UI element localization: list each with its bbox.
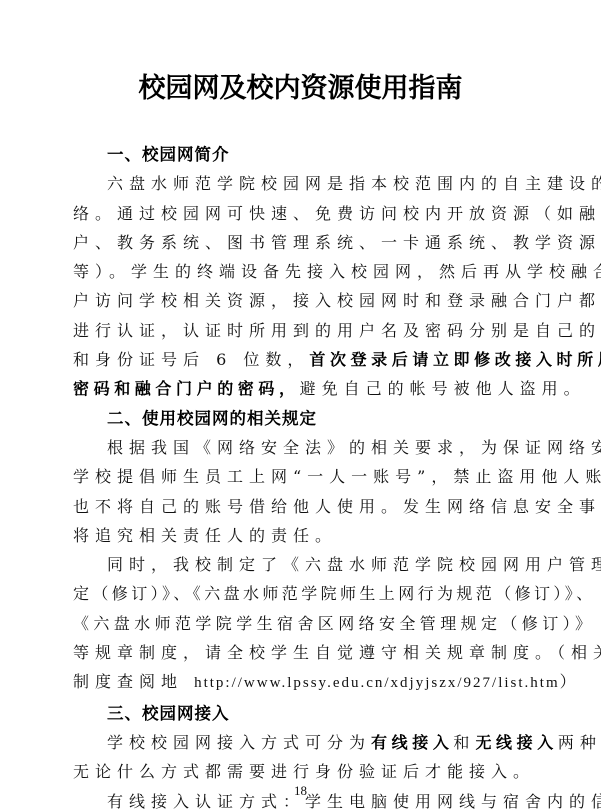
emphasis-text: 密码和融合门户的密码， [73, 379, 300, 398]
paragraph-line: 将追究相关责任人的责任。 [73, 521, 533, 550]
paragraph-line: 同时，我校制定了《六盘水师范学院校园网用户管理规 [73, 550, 533, 579]
emphasis-text: 首次登录后请立即修改接入时所用的 [309, 350, 601, 369]
paragraph-line: 制度查阅地 http://www.lpssy.edu.cn/xdjyjszx/9… [73, 667, 533, 698]
paragraph-line: 进行认证，认证时所用到的用户名及密码分别是自己的学号 [73, 316, 533, 345]
paragraph-line: 等规章制度，请全校学生自觉遵守相关规章制度。（相关规章 [73, 638, 533, 667]
paragraph-line: 等）。学生的终端设备先接入校园网，然后再从学校融合门 [73, 257, 533, 286]
text-normal: ） [560, 672, 582, 691]
paragraph-line: 《六盘水师范学院学生宿舍区网络安全管理规定（修订）》 [73, 609, 533, 638]
text-normal: 两种， [558, 733, 601, 752]
section-heading-intro: 一、校园网简介 [73, 140, 533, 169]
paragraph-line: 和身份证号后 6 位数，首次登录后请立即修改接入时所用的 [73, 345, 533, 374]
emphasis-text: 有线接入 [371, 733, 453, 752]
paragraph-line: 根据我国《网络安全法》的相关要求，为保证网络安全， [73, 433, 533, 462]
paragraph-line: 户、教务系统、图书管理系统、一卡通系统、教学资源系统 [73, 228, 533, 257]
paragraph-line: 密码和融合门户的密码，避免自己的帐号被他人盗用。 [73, 374, 533, 403]
regulations-link[interactable]: http://www.lpssy.edu.cn/xdjyjszx/927/lis… [194, 675, 560, 691]
paragraph-line: 络。通过校园网可快速、免费访问校内开放资源（如融合门 [73, 199, 533, 228]
document-title: 校园网及校内资源使用指南 [0, 72, 601, 106]
paragraph-line: 六盘水师范学院校园网是指本校范围内的自主建设的网 [73, 169, 533, 198]
paragraph-line: 学校校园网接入方式可分为有线接入和无线接入两种， [73, 728, 533, 757]
section-heading-access: 三、校园网接入 [73, 699, 533, 728]
text-normal: 学校校园网接入方式可分为 [107, 733, 371, 752]
paragraph-line: 定（修订）》、《六盘水师范学院师生上网行为规范（修订）》、 [73, 579, 533, 608]
text-normal: 避免自己的帐号被他人盗用。 [300, 379, 586, 398]
paragraph-line: 学校提倡师生员工上网“一人一账号”，禁止盗用他人账号， [73, 462, 533, 491]
text-normal: 和身份证号后 6 位数， [73, 350, 309, 369]
paragraph-line: 户访问学校相关资源，接入校园网时和登录融合门户都需要 [73, 286, 533, 315]
document-body: 一、校园网简介 六盘水师范学院校园网是指本校范围内的自主建设的网 络。通过校园网… [73, 140, 533, 809]
text-normal: 和 [453, 733, 475, 752]
section-heading-rules: 二、使用校园网的相关规定 [73, 404, 533, 433]
emphasis-text: 无线接入 [475, 733, 557, 752]
page-number: 18 [0, 783, 601, 799]
text-normal: 制度查阅地 [73, 672, 194, 691]
paragraph-line: 也不将自己的账号借给他人使用。发生网络信息安全事件时， [73, 492, 533, 521]
document-page: 校园网及校内资源使用指南 一、校园网简介 六盘水师范学院校园网是指本校范围内的自… [0, 0, 601, 809]
